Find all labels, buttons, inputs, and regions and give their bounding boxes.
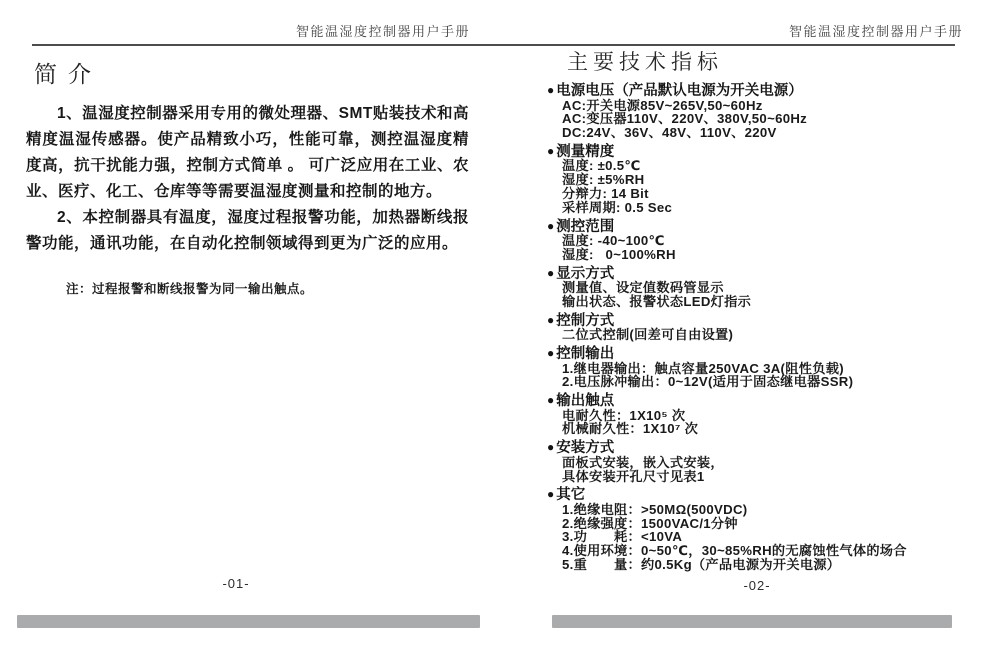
spec-line: 采样周期: 0.5 Sec: [547, 201, 980, 215]
manual-spread: 智能温湿度控制器用户手册 智能温湿度控制器用户手册 简介 1、温湿度控制器采用专…: [0, 0, 990, 648]
running-header-right: 智能温湿度控制器用户手册: [500, 21, 963, 40]
spec-section-control-mode: ●控制方式 二位式控制(回差可自由设置): [547, 314, 980, 342]
specs-title: 主要技术指标: [567, 46, 980, 76]
spec-line: 输出状态、报警状态LED灯指示: [547, 295, 980, 309]
bullet-icon: ●: [547, 440, 554, 455]
running-header-left: 智能温湿度控制器用户手册: [0, 21, 470, 40]
section-heading: 安装方式: [556, 441, 614, 456]
spec-line: 湿度: 0~100%RH: [547, 248, 980, 262]
spec-line: 5.重 量：约0.5Kg（产品电源为开关电源）: [547, 558, 980, 572]
bullet-icon: ●: [547, 144, 554, 159]
section-heading: 电源电压（产品默认电源为开关电源）: [556, 84, 803, 99]
spec-line: 湿度: ±5%RH: [547, 173, 980, 187]
page-right-specs: 主要技术指标 ●电源电压（产品默认电源为开关电源） AC:开关电源85V~265…: [547, 46, 980, 577]
scan-edge-bar-left: [17, 615, 480, 628]
spec-section-display: ●显示方式 测量值、设定值数码管显示 输出状态、报警状态LED灯指示: [547, 267, 980, 309]
spec-section-mounting: ●安装方式 面板式安装，嵌入式安装， 具体安装开孔尺寸见表1: [547, 441, 980, 483]
spec-section-power: ●电源电压（产品默认电源为开关电源） AC:开关电源85V~265V,50~60…: [547, 84, 980, 140]
intro-title: 简介: [34, 56, 469, 89]
spec-section-accuracy: ●测量精度 温度: ±0.5℃ 湿度: ±5%RH 分辩力: 14 Bit 采样…: [547, 145, 980, 215]
scan-edge-bar-right: [552, 615, 952, 628]
spec-line: 温度: -40~100℃: [547, 234, 980, 248]
spec-line: 2.电压脉冲输出：0~12V(适用于固态继电器SSR): [547, 375, 980, 389]
bullet-icon: ●: [547, 393, 554, 408]
page-left-intro: 简介 1、温湿度控制器采用专用的微处理器、SMT贴装技术和高精度温湿传感器。使产…: [26, 56, 469, 297]
intro-paragraph-2: 2、本控制器具有温度，湿度过程报警功能，加热器断线报警功能，通讯功能，在自动化控…: [26, 205, 469, 257]
spec-line: 4.使用环境：0~50℃，30~85%RH的无腐蚀性气体的场合: [547, 544, 980, 558]
section-heading: 测控范围: [556, 220, 614, 235]
spec-line: 机械耐久性：1X10⁷ 次: [547, 422, 980, 436]
spec-section-other: ●其它 1.绝缘电阻：>50MΩ(500VDC) 2.绝缘强度：1500VAC/…: [547, 488, 980, 571]
page-number-01: -01-: [26, 576, 446, 591]
spec-line: AC:变压器110V、220V、380V,50~60Hz: [547, 112, 980, 126]
bullet-icon: ●: [547, 313, 554, 328]
spec-section-control-output: ●控制输出 1.继电器输出：触点容量250VAC 3A(阻性负载) 2.电压脉冲…: [547, 347, 980, 389]
intro-paragraph-1: 1、温湿度控制器采用专用的微处理器、SMT贴装技术和高精度温湿传感器。使产品精致…: [26, 101, 469, 205]
bullet-icon: ●: [547, 266, 554, 281]
section-heading: 显示方式: [556, 267, 614, 282]
spec-section-range: ●测控范围 温度: -40~100℃ 湿度: 0~100%RH: [547, 220, 980, 262]
spec-line: 二位式控制(回差可自由设置): [547, 328, 980, 342]
spec-line: 测量值、设定值数码管显示: [547, 281, 980, 295]
spec-line: 具体安装开孔尺寸见表1: [547, 470, 980, 484]
bullet-icon: ●: [547, 83, 554, 98]
bullet-icon: ●: [547, 346, 554, 361]
intro-body: 1、温湿度控制器采用专用的微处理器、SMT贴装技术和高精度温湿传感器。使产品精致…: [26, 101, 469, 257]
intro-note: 注：过程报警和断线报警为同一输出触点。: [26, 279, 469, 297]
spec-section-output-contact: ●输出触点 电耐久性：1X10⁵ 次 机械耐久性：1X10⁷ 次: [547, 394, 980, 436]
spec-line: 面板式安装，嵌入式安装，: [547, 456, 980, 470]
bullet-icon: ●: [547, 487, 554, 502]
section-heading: 输出触点: [556, 394, 614, 409]
spec-line: DC:24V、36V、48V、110V、220V: [547, 126, 980, 140]
section-heading: 控制输出: [556, 347, 614, 362]
spec-line: 分辩力: 14 Bit: [547, 187, 980, 201]
section-heading: 其它: [556, 488, 585, 503]
page-number-02: -02-: [547, 578, 967, 593]
spec-line: 1.绝缘电阻：>50MΩ(500VDC): [547, 503, 980, 517]
bullet-icon: ●: [547, 219, 554, 234]
